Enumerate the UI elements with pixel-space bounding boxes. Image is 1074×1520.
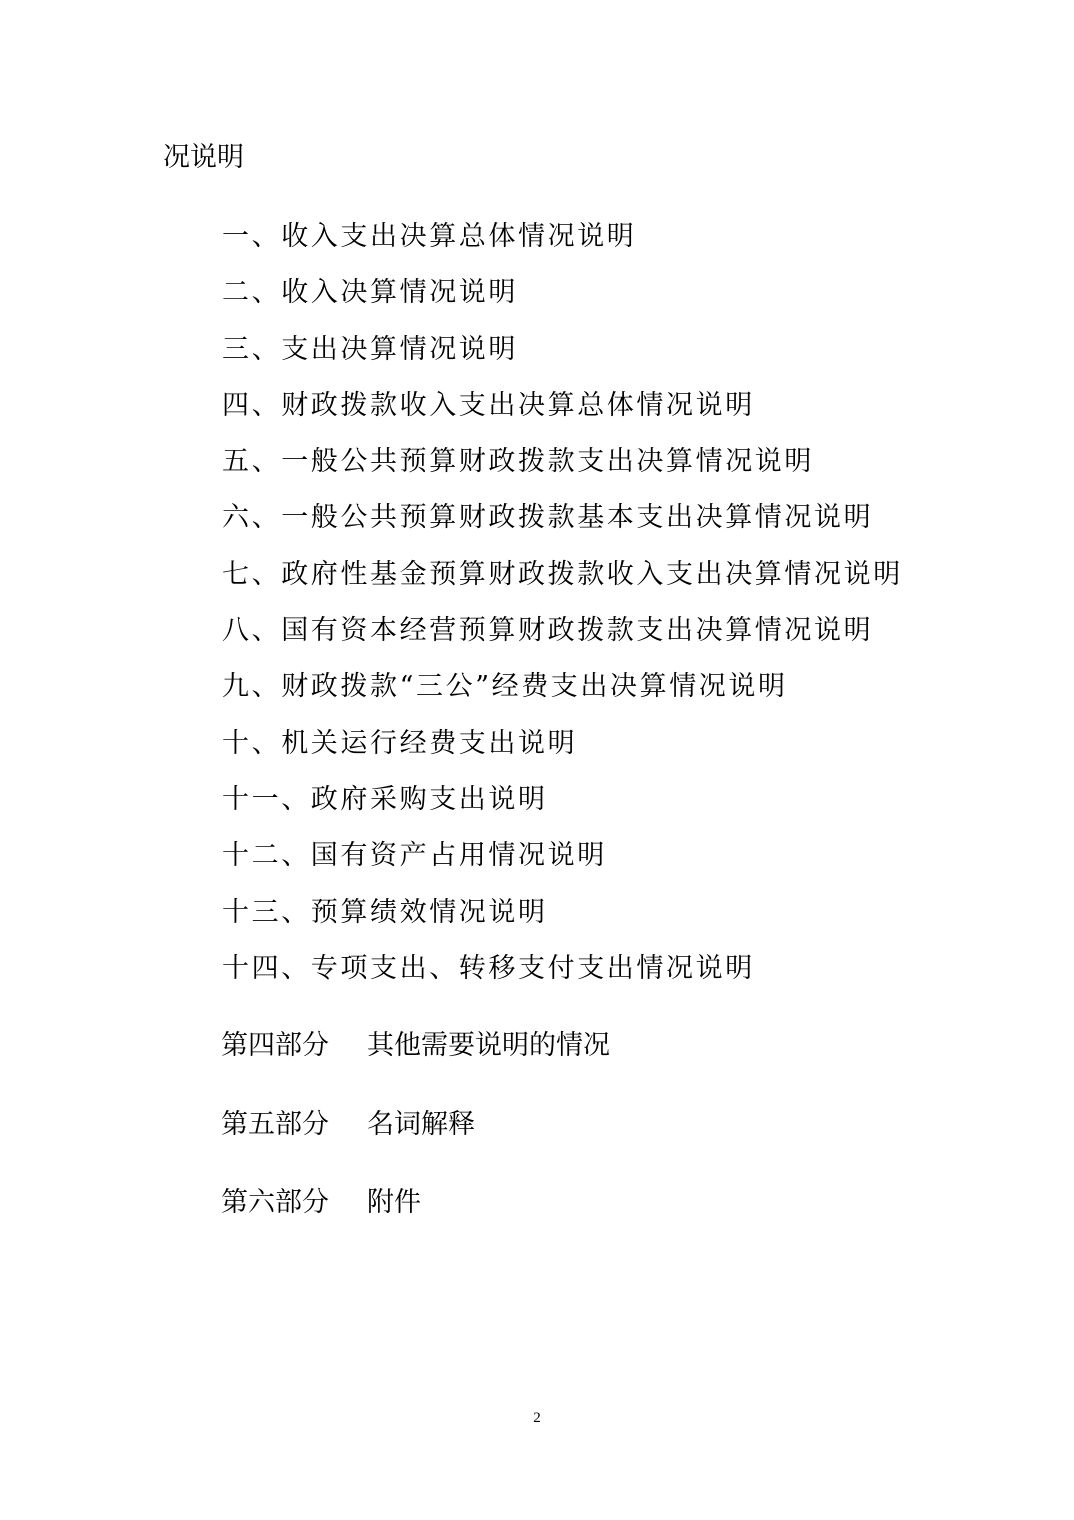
toc-item: 十一、政府采购支出说明 xyxy=(222,779,903,835)
continued-heading: 况说明 xyxy=(163,138,244,178)
document-page: 况说明 一、收入支出决算总体情况说明 二、收入决算情况说明 三、支出决算情况说明… xyxy=(0,0,1074,1520)
toc-item: 四、财政拨款收入支出决算总体情况说明 xyxy=(222,385,903,441)
toc-item: 五、一般公共预算财政拨款支出决算情况说明 xyxy=(222,441,903,497)
toc-part-list: 第四部分其他需要说明的情况 第五部分名词解释 第六部分附件 xyxy=(221,1025,610,1261)
toc-item: 八、国有资本经营预算财政拨款支出决算情况说明 xyxy=(222,610,903,666)
toc-item: 十二、国有资产占用情况说明 xyxy=(222,835,903,891)
part-number: 第四部分 xyxy=(221,1025,367,1067)
part-title: 附件 xyxy=(367,1187,421,1218)
toc-item: 一、收入支出决算总体情况说明 xyxy=(222,216,903,272)
toc-part: 第四部分其他需要说明的情况 xyxy=(221,1025,610,1104)
toc-item: 二、收入决算情况说明 xyxy=(222,272,903,328)
toc-item: 三、支出决算情况说明 xyxy=(222,329,903,385)
toc-part: 第五部分名词解释 xyxy=(221,1104,610,1183)
part-title: 名词解释 xyxy=(367,1109,475,1140)
toc-item: 六、一般公共预算财政拨款基本支出决算情况说明 xyxy=(222,497,903,553)
toc-item: 九、财政拨款“三公”经费支出决算情况说明 xyxy=(222,666,903,722)
toc-section-list: 一、收入支出决算总体情况说明 二、收入决算情况说明 三、支出决算情况说明 四、财… xyxy=(222,216,903,1004)
page-number: 2 xyxy=(0,1410,1074,1427)
toc-item: 十三、预算绩效情况说明 xyxy=(222,892,903,948)
part-number: 第五部分 xyxy=(221,1104,367,1146)
toc-item: 十四、专项支出、转移支付支出情况说明 xyxy=(222,948,903,1004)
part-number: 第六部分 xyxy=(221,1182,367,1224)
toc-part: 第六部分附件 xyxy=(221,1182,610,1261)
toc-item: 十、机关运行经费支出说明 xyxy=(222,723,903,779)
toc-item: 七、政府性基金预算财政拨款收入支出决算情况说明 xyxy=(222,554,903,610)
part-title: 其他需要说明的情况 xyxy=(367,1030,610,1061)
